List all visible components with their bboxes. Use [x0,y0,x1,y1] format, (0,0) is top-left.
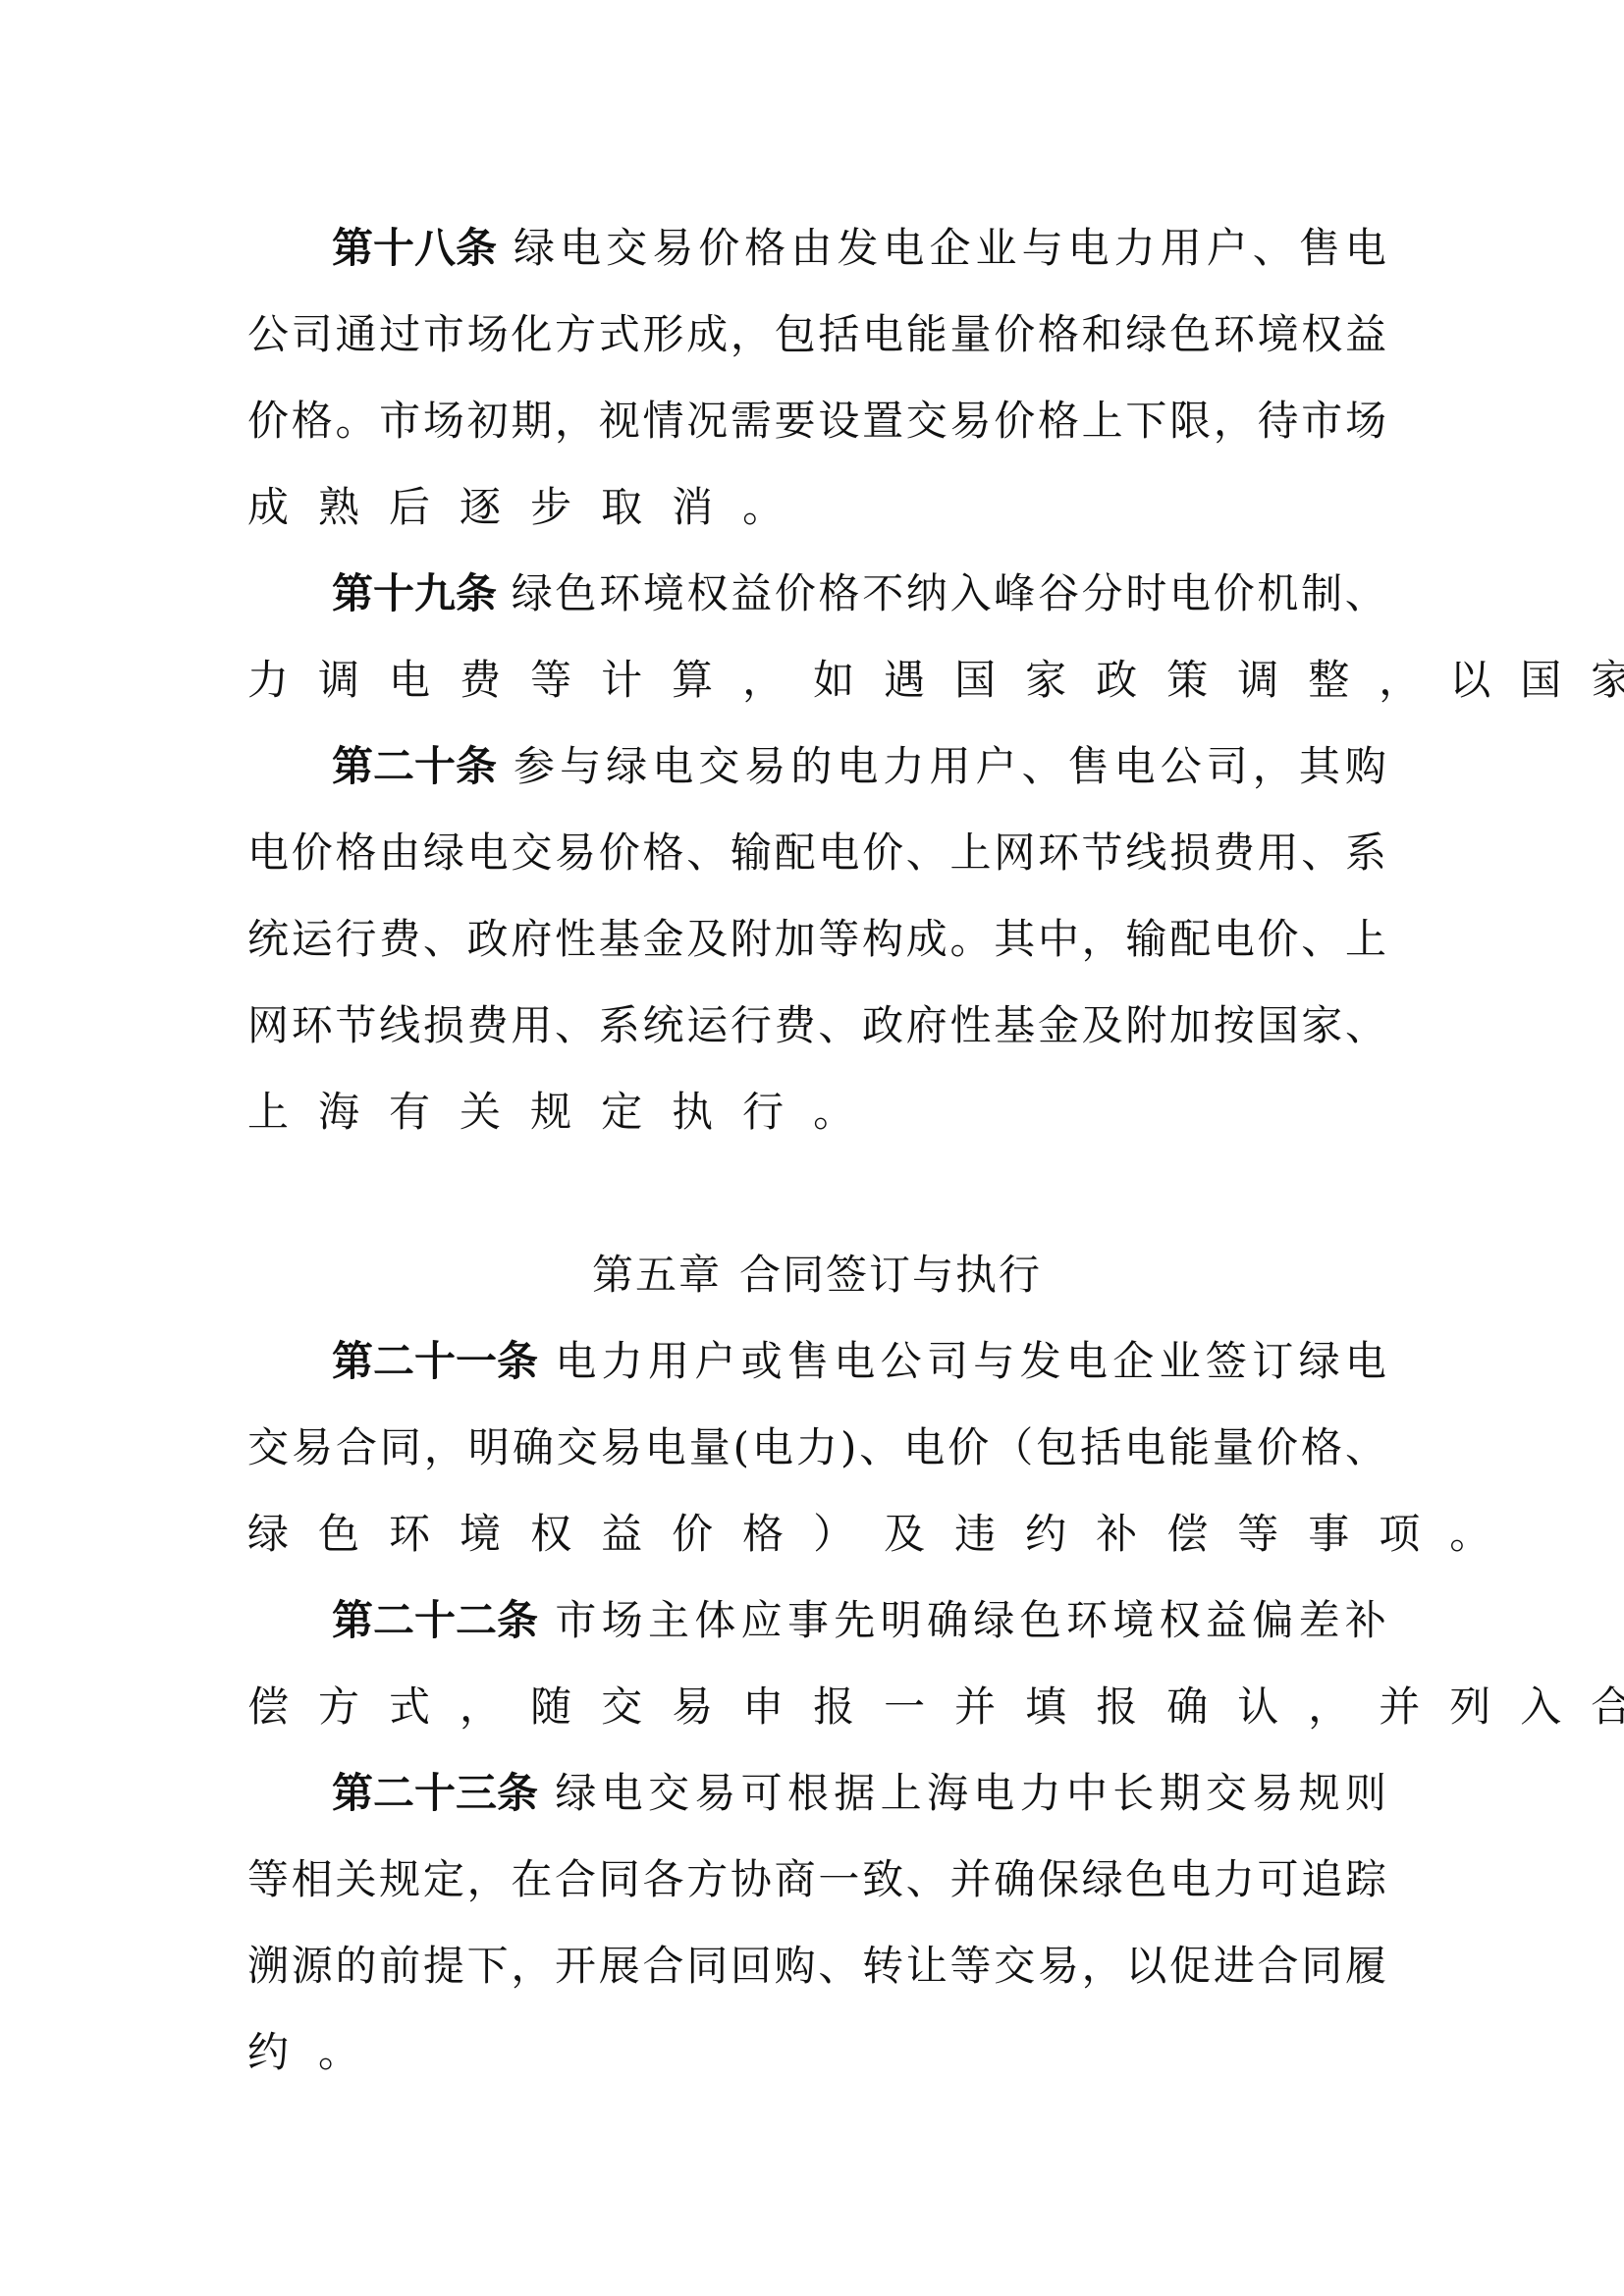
article-line: 等相关规定，在合同各方协商一致、并确保绿色电力可追踪 [247,1845,1386,1932]
article-line: 价格。市场初期，视情况需要设置交易价格上下限，待市场 [247,387,1386,473]
article-19: 第十九条绿色环境权益价格不纳入峰谷分时电价机制、 力调电费等计算，如遇国家政策调… [247,560,1386,732]
chapter-number: 第五章 [592,1251,722,1299]
article-line: 网环节线损费用、系统运行费、政府性基金及附加按国家、 [247,991,1386,1078]
article-line: 第二十二条市场主体应事先明确绿色环境权益偏差补 [247,1586,1386,1673]
article-20: 第二十条参与绿电交易的电力用户、售电公司，其购 电价格由绿电交易价格、输配电价、… [247,732,1386,1164]
article-line: 统运行费、政府性基金及附加等构成。其中，输配电价、上 [247,905,1386,991]
article-line: 第十八条绿电交易价格由发电企业与电力用户、售电 [247,214,1386,300]
article-21: 第二十一条电力用户或售电公司与发电企业签订绿电 交易合同，明确交易电量(电力)、… [247,1327,1386,1586]
article-line: 第十九条绿色环境权益价格不纳入峰谷分时电价机制、 [247,560,1386,646]
article-line: 第二十条参与绿电交易的电力用户、售电公司，其购 [247,732,1386,819]
document-page: 第十八条绿电交易价格由发电企业与电力用户、售电 公司通过市场化方式形成，包括电能… [247,214,1386,2105]
article-23: 第二十三条绿电交易可根据上海电力中长期交易规则 等相关规定，在合同各方协商一致、… [247,1759,1386,2105]
chapter-title: 合同签订与执行 [739,1251,1042,1299]
spacer [247,1164,1386,1233]
article-18: 第十八条绿电交易价格由发电企业与电力用户、售电 公司通过市场化方式形成，包括电能… [247,214,1386,560]
article-number: 第十九条 [332,560,497,646]
article-number: 第十八条 [332,214,497,300]
article-22: 第二十二条市场主体应事先明确绿色环境权益偏差补 偿方式，随交易申报一并填报确认，… [247,1586,1386,1759]
article-line: 第二十三条绿电交易可根据上海电力中长期交易规则 [247,1759,1386,1845]
article-number: 第二十条 [332,732,497,819]
article-line: 电价格由绿电交易价格、输配电价、上网环节线损费用、系 [247,819,1386,905]
article-line: 偿方式，随交易申报一并填报确认，并列入合同条款。 [247,1673,1386,1759]
article-line: 约。 [247,2018,1386,2105]
article-line: 溯源的前提下，开展合同回购、转让等交易，以促进合同履 [247,1932,1386,2018]
article-line: 成熟后逐步取消。 [247,473,1386,560]
article-number: 第二十三条 [332,1759,538,1845]
article-line: 绿色环境权益价格）及违约补偿等事项。 [247,1500,1386,1586]
article-line: 公司通过市场化方式形成，包括电能量价格和绿色环境权益 [247,300,1386,387]
article-number: 第二十二条 [332,1586,538,1673]
article-number: 第二十一条 [332,1327,538,1414]
article-line: 第二十一条电力用户或售电公司与发电企业签订绿电 [247,1327,1386,1414]
article-line: 力调电费等计算，如遇国家政策调整，以国家规定为准。 [247,646,1386,732]
article-line: 交易合同，明确交易电量(电力)、电价（包括电能量价格、 [247,1414,1386,1500]
article-line: 上海有关规定执行。 [247,1078,1386,1164]
chapter-heading: 第五章合同签订与执行 [247,1241,1386,1327]
